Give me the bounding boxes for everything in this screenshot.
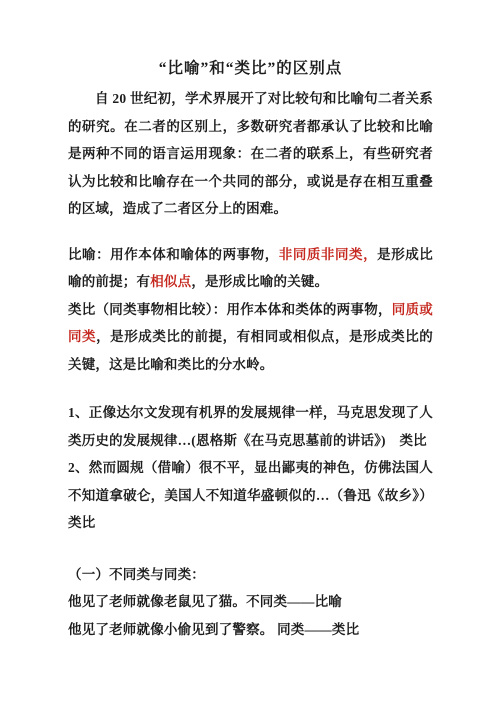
document-content: “比喻”和“类比”的区别点 自 20 世纪初，学术界展开了对比较句和比喻句二者关… (0, 0, 500, 643)
metaphor-def-highlight: 相似点 (150, 274, 191, 289)
analogy-def-run: 类比（同类事物相比较）：用作本体和类体的两事物， (68, 302, 392, 317)
section-line-1: 他见了老师就像老鼠见了猫。不同类——比喻 (68, 588, 433, 616)
example-item-2: 2、然而圆规（借喻）很不平，显出鄙夷的神色，仿佛法国人不知道拿破仑，美国人不知道… (68, 454, 433, 537)
document-title: “比喻”和“类比”的区别点 (68, 57, 433, 81)
section-line-2: 他见了老师就像小偷见到了警察。 同类——类比 (68, 616, 433, 644)
example-item-1: 1、正像达尔文发现有机界的发展规律一样，马克思发现了人类历史的发展规律…(恩格斯… (68, 399, 433, 454)
section-heading: （一）不同类与同类： (68, 561, 433, 589)
metaphor-def-highlight: 非同质非同类， (279, 247, 377, 262)
metaphor-def-run: ，是形成比喻的关键。 (191, 274, 328, 289)
analogy-def-run: ，是形成类比的前提，有相同或相似点，是形成类比的关键，这是比喻和类比的分水岭。 (68, 329, 433, 372)
document-page: “比喻”和“类比”的区别点 自 20 世纪初，学术界展开了对比较句和比喻句二者关… (0, 0, 500, 707)
analogy-definition-paragraph: 类比（同类事物相比较）：用作本体和类体的两事物，同质或同类，是形成类比的前提，有… (68, 296, 433, 379)
intro-paragraph: 自 20 世纪初，学术界展开了对比较句和比喻句二者关系的研究。在二者的区别上，多… (68, 85, 433, 223)
metaphor-definition-paragraph: 比喻：用作本体和喻体的两事物，非同质非同类，是形成比喻的前提；有相似点，是形成比… (68, 241, 433, 296)
metaphor-def-run: 比喻：用作本体和喻体的两事物， (68, 247, 279, 262)
